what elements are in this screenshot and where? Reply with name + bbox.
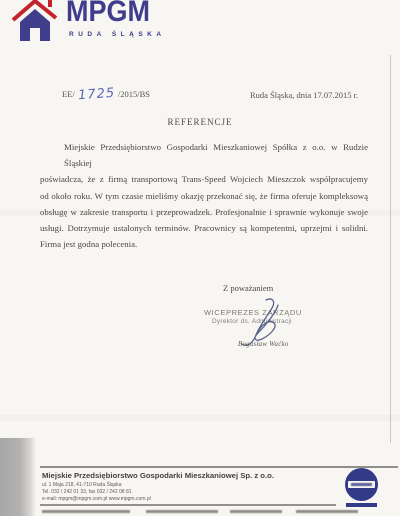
- footer-fineprint-illegible: [230, 510, 282, 513]
- signer-name: Bogusław Waćko: [238, 341, 289, 348]
- footer-email-web: e-mail: mpgm@mpgm.com.pl www.mpgm.com.pl: [42, 496, 151, 502]
- footer-fineprint-illegible: [146, 510, 218, 513]
- letter-body: Miejskie Przedsiębiorstwo Gospodarki Mie…: [40, 139, 368, 252]
- body-line: usługi. Dotrzymuje ustalonych terminów. …: [40, 220, 368, 236]
- certification-badge-icon: [345, 468, 378, 501]
- stamp-title-line1: WICEPREZES ZARZĄDU: [204, 308, 354, 317]
- document-title: REFERENCJE: [0, 117, 400, 127]
- body-line: obsługę w zakresie transportu i przeprow…: [40, 204, 368, 220]
- official-stamp: WICEPREZES ZARZĄDU Dyrektor ds. Administ…: [204, 308, 354, 325]
- body-line: Firma jest godna polecenia.: [40, 236, 368, 252]
- footer-fineprint-illegible: [296, 510, 358, 513]
- logo-subtitle: RUDA ŚLĄSKA: [69, 31, 166, 38]
- ref-suffix: /2015/BS: [118, 89, 150, 99]
- footer-fineprint-illegible: [42, 510, 130, 513]
- mpgm-logo: MPGM RUDA ŚLĄSKA: [10, 0, 170, 47]
- certification-badge-band-text: [351, 483, 372, 486]
- scan-streak: [0, 415, 400, 421]
- stamp-title-line2: Dyrektor ds. Administracji: [204, 318, 354, 325]
- place-and-date: Ruda Śląska, dnia 17.07.2015 r.: [250, 90, 358, 100]
- reference-number-line: EE/1725/2015/BS: [62, 86, 150, 101]
- scanned-reference-letter: MPGM RUDA ŚLĄSKA EE/1725/2015/BS Ruda Śl…: [0, 0, 400, 516]
- ref-prefix: EE/: [62, 89, 75, 99]
- scan-page-edge-line: [390, 55, 391, 443]
- footer-divider-bottom: [40, 504, 336, 506]
- ref-number-handwritten: 1725: [77, 86, 115, 104]
- footer-phone: Tel. 032 / 242 01 33, fax 032 / 242 08 8…: [42, 489, 132, 495]
- scan-shadow-corner: [0, 438, 36, 516]
- certification-badge-caption: [346, 503, 377, 507]
- body-line: Miejskie Przedsiębiorstwo Gospodarki Mie…: [40, 139, 368, 171]
- house-icon: [10, 0, 64, 45]
- body-line: poświadcza, że z firmą transportową Tran…: [40, 171, 368, 187]
- footer-company-name: Miejskie Przedsiębiorstwo Gospodarki Mie…: [42, 471, 274, 480]
- salutation: Z poważaniem: [223, 283, 273, 293]
- logo-wordmark: MPGM: [66, 0, 150, 28]
- footer-address: ul. 1 Maja 218, 41-710 Ruda Śląska: [42, 482, 122, 488]
- body-line: od około roku. W tym czasie mieliśmy oka…: [40, 188, 368, 204]
